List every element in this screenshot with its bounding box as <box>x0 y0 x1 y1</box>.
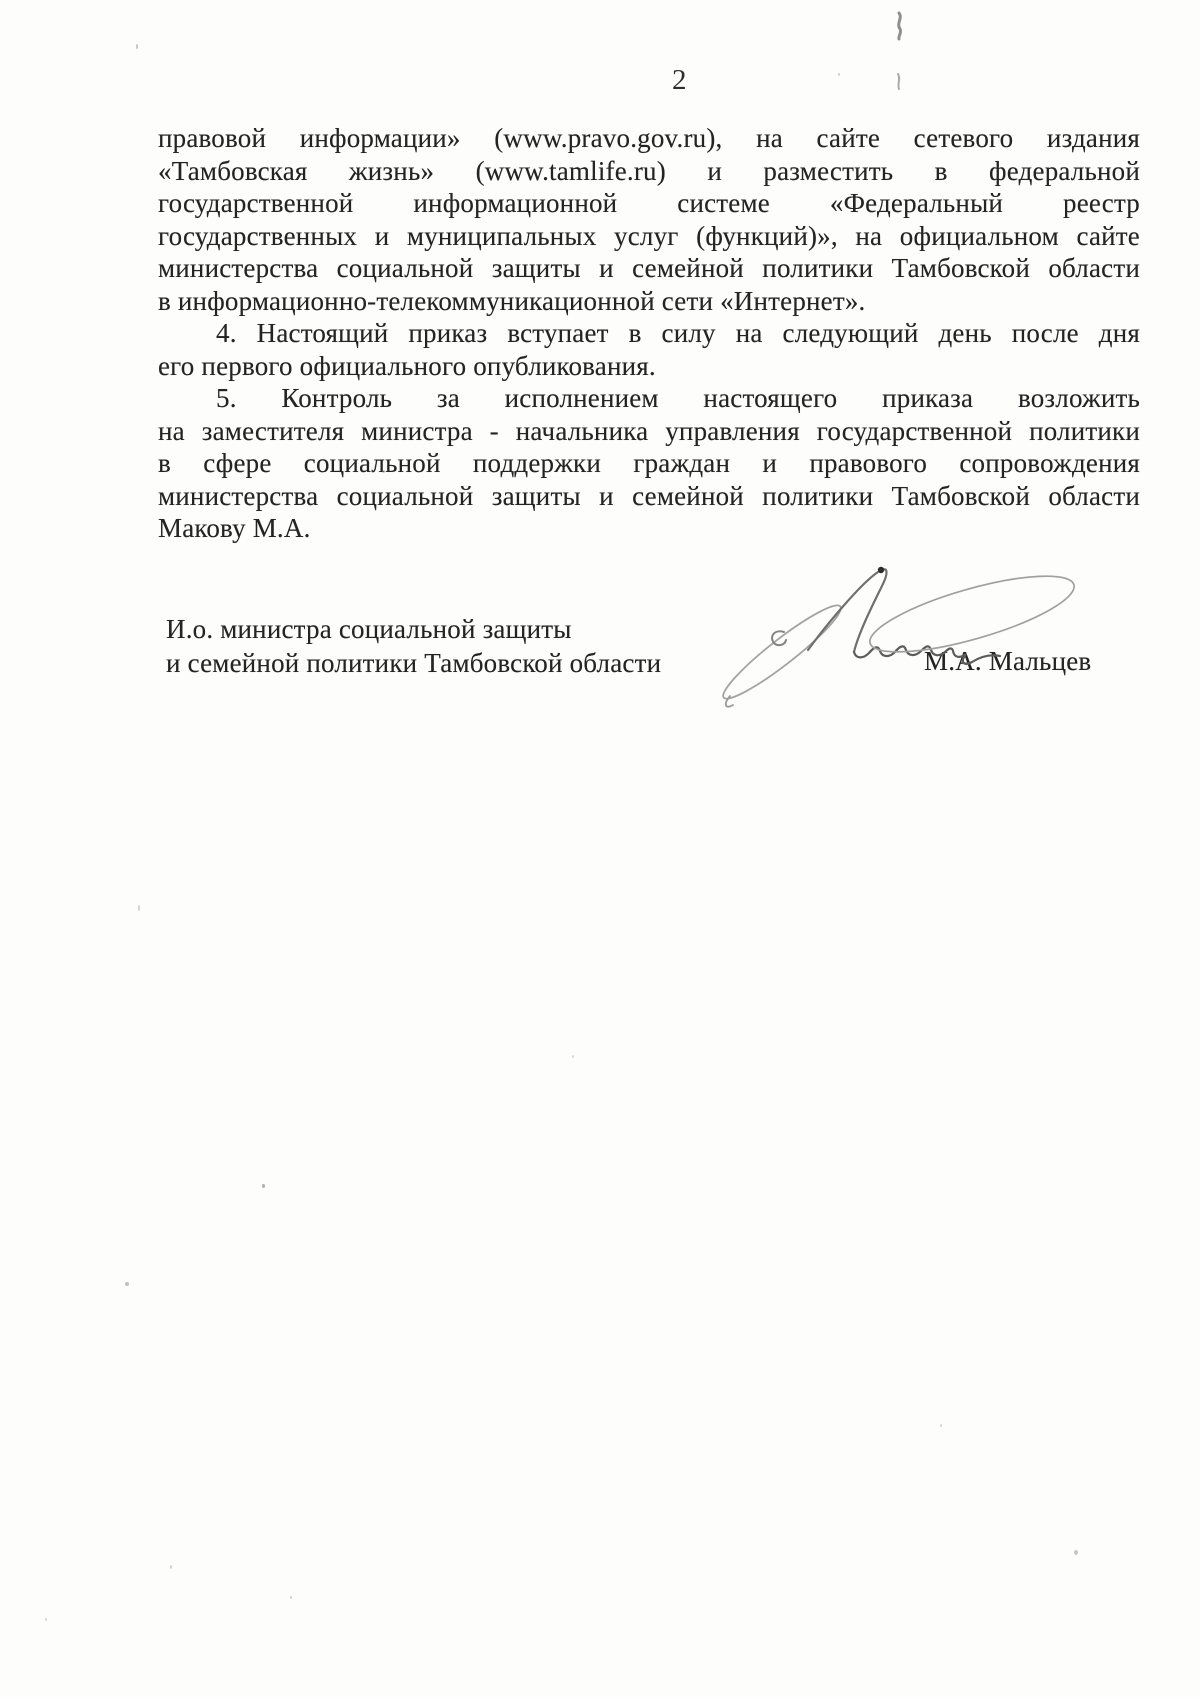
paragraph: 5. Контроль за исполнением настоящего пр… <box>158 382 1140 545</box>
text-line: государственной информационной системе «… <box>158 187 1140 220</box>
scan-artifact <box>890 10 910 95</box>
document-body: правовой информации» (www.pravo.gov.ru),… <box>158 122 1140 545</box>
text-line: правовой информации» (www.pravo.gov.ru),… <box>158 122 1140 155</box>
text-line: на заместителя министра - начальника упр… <box>158 415 1140 448</box>
text-line: в сфере социальной поддержки граждан и п… <box>158 447 1140 480</box>
text-line: государственных и муниципальных услуг (ф… <box>158 220 1140 253</box>
text-line: «Тамбовская жизнь» (www.tamlife.ru) и ра… <box>158 155 1140 188</box>
text-line: в информационно-телекоммуникационной сет… <box>158 285 1140 318</box>
signatory-title-line: и семейной политики Тамбовской области <box>166 646 661 680</box>
handwritten-signature <box>700 550 1085 720</box>
signatory-name: М.А. Мальцев <box>924 646 1091 677</box>
scan-speck <box>45 1618 47 1621</box>
text-line: 4. Настоящий приказ вступает в силу на с… <box>158 317 1140 350</box>
scan-speck <box>1074 1550 1078 1555</box>
scan-speck <box>262 1184 265 1188</box>
text-line: министерства социальной защиты и семейно… <box>158 480 1140 513</box>
scan-speck <box>290 1596 292 1599</box>
paragraph: правовой информации» (www.pravo.gov.ru),… <box>158 122 1140 317</box>
scan-speck <box>382 470 385 473</box>
signatory-title-line: И.о. министра социальной защиты <box>166 612 661 646</box>
page-number: 2 <box>672 64 687 97</box>
text-line: Макову М.А. <box>158 512 1140 545</box>
scan-speck <box>125 1282 129 1286</box>
scan-speck <box>136 44 138 49</box>
text-line: его первого официального опубликования. <box>158 350 1140 383</box>
paragraph: 4. Настоящий приказ вступает в силу на с… <box>158 317 1140 382</box>
scan-speck <box>572 1055 574 1058</box>
scanned-document-page: 2 правовой информации» (www.pravo.gov.ru… <box>0 0 1200 1697</box>
scan-speck <box>170 1565 172 1569</box>
scan-speck <box>838 73 840 76</box>
text-line: 5. Контроль за исполнением настоящего пр… <box>158 382 1140 415</box>
scan-speck <box>940 1424 942 1427</box>
signatory-title: И.о. министра социальной защиты и семейн… <box>166 612 661 680</box>
scan-speck <box>138 905 140 911</box>
text-line: министерства социальной защиты и семейно… <box>158 252 1140 285</box>
